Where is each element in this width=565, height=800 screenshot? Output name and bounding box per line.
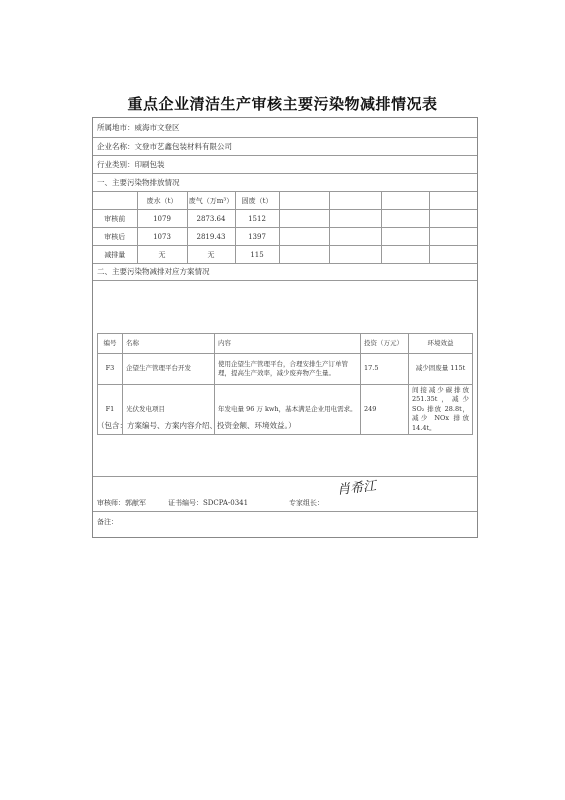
form-frame: 所属地市：威海市文登区 企业名称：文登市艺鑫包装材料有限公司 行业类别：印刷包装…	[92, 117, 478, 538]
emissions-table: 废水（t） 废气（万m³） 固废（t） 审核前 1079 2873.64 151…	[93, 191, 477, 264]
table-row: 减排量 无 无 115	[93, 246, 477, 264]
note-text: （包含：方案编号、方案内容介绍、投资金额、环境效益。）	[97, 420, 296, 431]
company-row: 企业名称：文登市艺鑫包装材料有限公司	[93, 138, 477, 156]
header-wastegas: 废气（万m³）	[187, 192, 235, 210]
header-solidwaste: 固废（t）	[235, 192, 279, 210]
remarks-label: 备注：	[97, 517, 118, 527]
header-wastewater: 废水（t）	[137, 192, 187, 210]
table-row: F3 企望生产管理平台开发 使用企望生产管理平台，合理安排生产订单管理，提高生产…	[98, 354, 473, 385]
handwritten-signature: 肖希江	[336, 475, 377, 498]
table-header-row: 废水（t） 废气（万m³） 固废（t）	[93, 192, 477, 210]
table-row: 审核后 1073 2819.43 1397	[93, 228, 477, 246]
table-header-row: 编号 名称 内容 投资（万元） 环境效益	[98, 334, 473, 354]
auditor: 审核师：郭献军	[97, 498, 146, 508]
region-row: 所属地市：威海市文登区	[93, 118, 477, 138]
expert-leader-label: 专家组长：	[289, 498, 324, 508]
section2-title: 二、主要污染物减排对应方案情况	[93, 263, 477, 281]
certificate-number: 证书编号：SDCPA-0341	[168, 498, 248, 508]
table-row: 审核前 1079 2873.64 1512	[93, 210, 477, 228]
signature-row: 审核师：郭献军 证书编号：SDCPA-0341 专家组长： 肖希江	[93, 476, 477, 512]
industry-row: 行业类别：印刷包装	[93, 156, 477, 174]
document-title: 重点企业清洁生产审核主要污染物减排情况表	[0, 93, 565, 114]
section1-title: 一、主要污染物排放情况	[93, 174, 477, 191]
